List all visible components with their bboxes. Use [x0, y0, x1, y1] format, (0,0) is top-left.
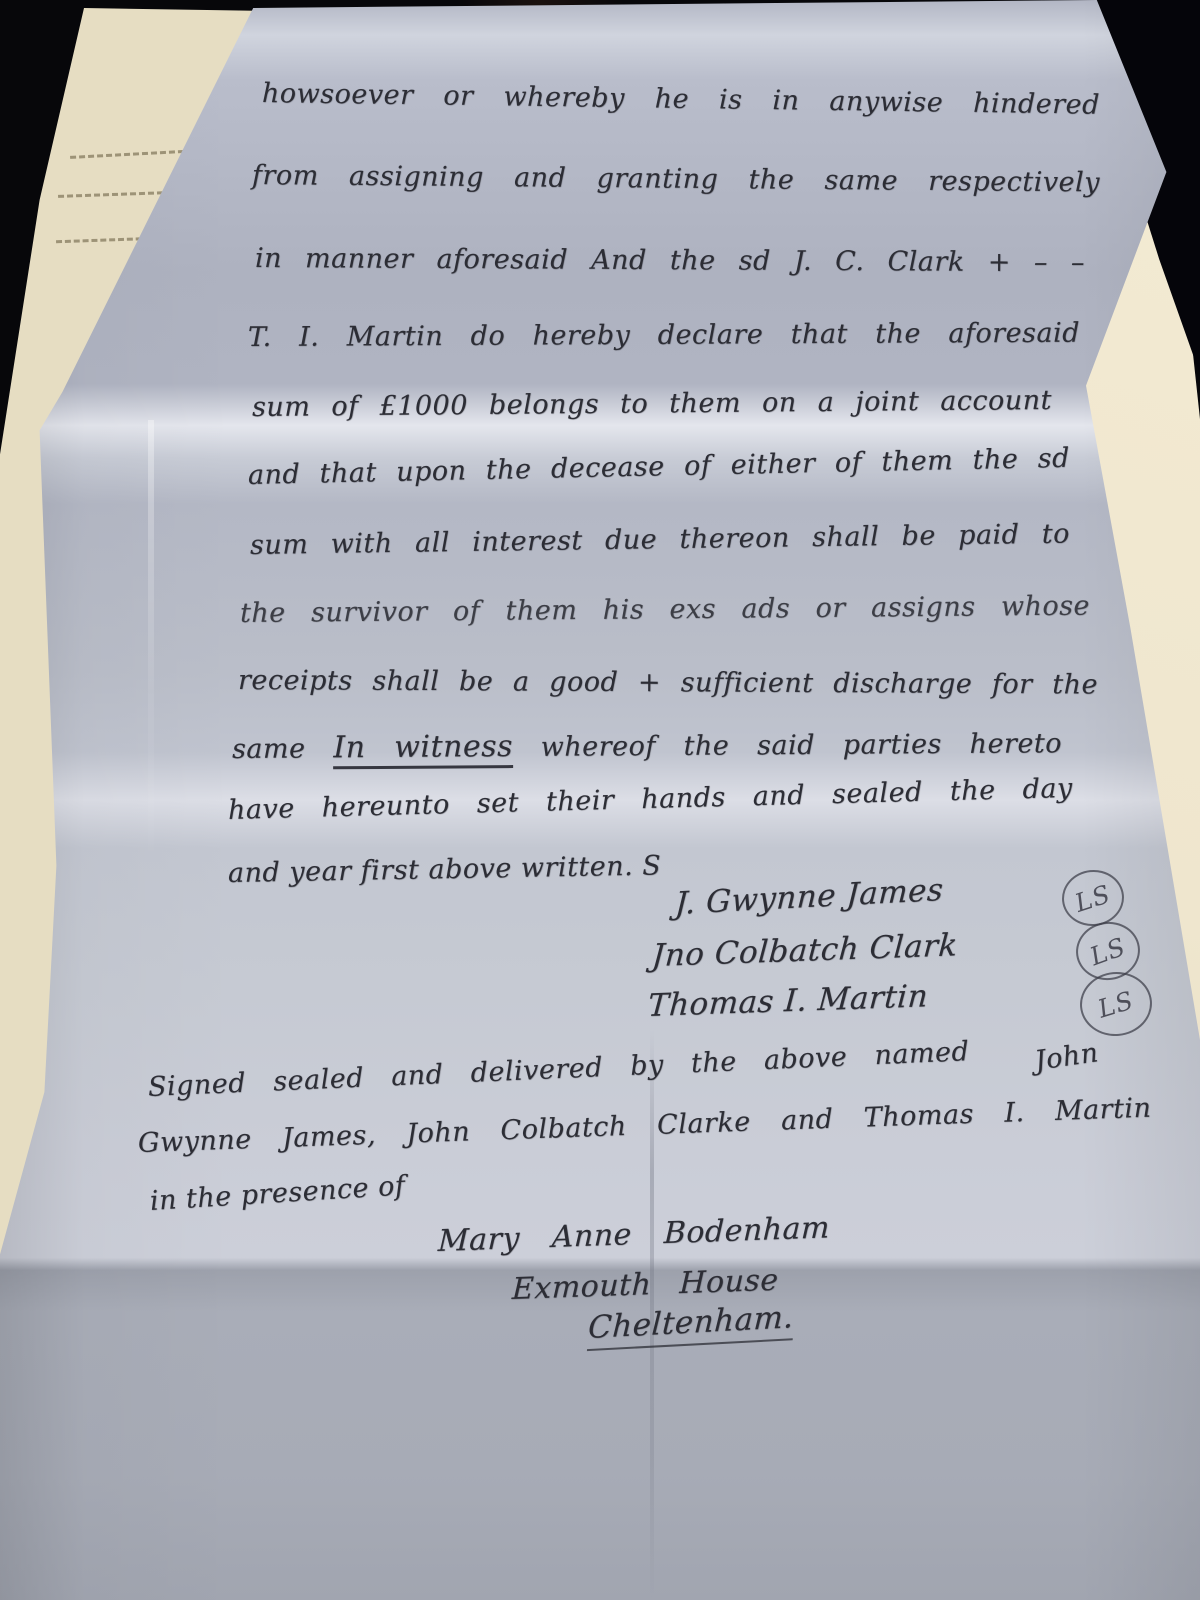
document-line: from assigning and granting the same res…	[252, 160, 1100, 198]
witness-clause-line: same In witness whereof the said parties…	[232, 725, 1062, 766]
attestation-overflow-word: John	[1033, 1037, 1101, 1077]
witness-address-line: Cheltenham.	[587, 1299, 795, 1351]
document-line: and year first above written. S	[228, 850, 662, 889]
document-line: and that upon the decease of either of t…	[248, 443, 1070, 491]
vertical-crease	[148, 420, 154, 870]
attestation-line: Gwynne James, John Colbatch Clarke and T…	[137, 1093, 1151, 1159]
signature-name: Jno Colbatch Clark	[651, 927, 959, 974]
document-line: howsoever or whereby he is in anywise hi…	[262, 78, 1100, 121]
document-line: receipts shall be a good + sufficient di…	[238, 665, 1098, 701]
document-line: T. I. Martin do hereby declare that the …	[248, 318, 1080, 353]
attestation-line: Signed sealed and delivered by the above…	[147, 1036, 970, 1103]
underlined-phrase-in-witness: In witness	[333, 729, 513, 769]
witness-address-line: Exmouth House	[511, 1263, 779, 1307]
document-line: sum of £1000 belongs to them on a joint …	[252, 385, 1052, 423]
ls-seal: LS	[1059, 867, 1127, 929]
signature-name: Thomas I. Martin	[647, 978, 930, 1024]
witness-clause-prefix: same	[232, 733, 306, 765]
document-sheet: howsoever or whereby he is in anywise hi…	[0, 0, 1200, 1600]
document-line: sum with all interest due thereon shall …	[250, 519, 1070, 561]
ls-seal: LS	[1077, 969, 1154, 1039]
document-line: the survivor of them his exs ads or assi…	[240, 591, 1090, 629]
witness-name: Mary Anne Bodenham	[437, 1210, 830, 1259]
document-line: have hereunto set their hands and sealed…	[228, 773, 1074, 826]
photograph-of-handwritten-deed: howsoever or whereby he is in anywise hi…	[0, 0, 1200, 1600]
witness-clause-suffix: whereof the said parties hereto	[541, 728, 1062, 763]
attestation-line: in the presence of	[149, 1170, 406, 1217]
document-line: in manner aforesaid And the sd J. C. Cla…	[255, 243, 1085, 278]
signature-name: J. Gwynne James	[674, 872, 944, 922]
